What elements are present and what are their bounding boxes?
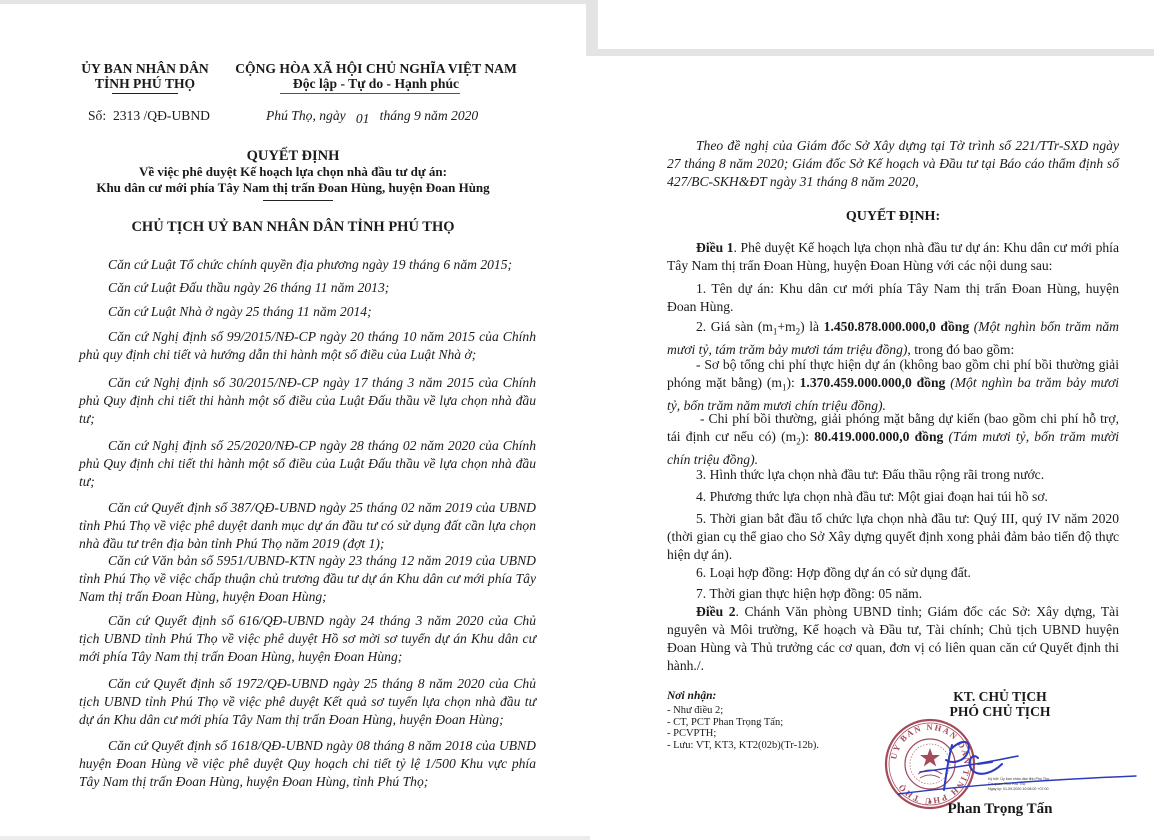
date-day: 01 (356, 111, 370, 126)
nation-motto: Độc lập - Tự do - Hạnh phúc (226, 75, 526, 93)
subtitle-underline (263, 200, 333, 201)
item-2-compensation: - Chi phí bồi thường, giải phóng mặt bằn… (667, 410, 1119, 469)
doc-number-label: Số: (88, 108, 106, 123)
legal-basis-paragraph: Căn cứ Nghị định số 99/2015/NĐ-CP ngày 2… (79, 328, 536, 364)
legal-basis-paragraph: Căn cứ Luật Đấu thầu ngày 26 tháng 11 nă… (79, 279, 536, 297)
document-subtitle-2: Khu dân cư mới phía Tây Nam thị trấn Đoa… (0, 179, 586, 197)
svg-text:Ký bởi: Ủy ban nhân dân tỉnh P: Ký bởi: Ủy ban nhân dân tỉnh Phú Thọ (988, 776, 1049, 781)
recipient-item: - Lưu: VT, KT3, KT2(02b)(Tr-12b). (667, 740, 819, 752)
item-7: 7. Thời gian thực hiện hợp đồng: 05 năm. (667, 585, 1119, 603)
issue-date: Phú Thọ, ngày 01 tháng 9 năm 2020 (266, 107, 478, 125)
legal-basis-paragraph: Căn cứ Luật Nhà ở ngày 25 tháng 11 năm 2… (79, 303, 536, 321)
proposal-paragraph: Theo đề nghị của Giám đốc Sở Xây dựng tạ… (667, 137, 1119, 191)
issuing-authority: CHỦ TỊCH UỶ BAN NHÂN DÂN TỈNH PHÚ THỌ (0, 218, 586, 236)
item-2-cost: - Sơ bộ tổng chi phí thực hiện dự án (kh… (667, 356, 1119, 415)
article-1-label: Điều 1 (696, 240, 734, 255)
recipient-item: - Như điều 2; (667, 705, 723, 717)
legal-basis-paragraph: Căn cứ Nghị định số 30/2015/NĐ-CP ngày 1… (79, 374, 536, 428)
doc-number: Số: 2313 /QĐ-UBND (88, 107, 210, 125)
article-2: Điều 2. Chánh Văn phòng UBND tỉnh; Giám … (667, 603, 1119, 675)
article-1: Điều 1. Phê duyệt Kế hoạch lựa chọn nhà … (667, 239, 1119, 275)
page-divider-horizontal (584, 49, 1154, 56)
svg-text:Ngày ký: 01-09-2020 10:08:00 +: Ngày ký: 01-09-2020 10:08:00 +07:00 (988, 787, 1048, 791)
recipient-item: - CT, PCT Phan Trọng Tấn; (667, 717, 783, 729)
legal-basis-paragraph: Căn cứ Quyết định số 616/QĐ-UBND ngày 24… (79, 612, 536, 666)
issuer-province: TỈNH PHÚ THỌ (70, 75, 220, 93)
article-2-label: Điều 2 (696, 604, 736, 619)
svg-text:Cơ quan: Tỉnh Phú Thọ: Cơ quan: Tỉnh Phú Thọ (988, 782, 1025, 786)
legal-basis-paragraph: Căn cứ Quyết định số 387/QĐ-UBND ngày 25… (79, 499, 536, 553)
item-3: 3. Hình thức lựa chọn nhà đầu tư: Đấu th… (667, 466, 1119, 484)
compensation-cost: 80.419.000.000,0 đồng (814, 429, 943, 444)
recipients-heading: Nơi nhận: (667, 690, 716, 702)
item-2: 2. Giá sàn (m1+m2) là 1.450.878.000.000,… (667, 318, 1119, 359)
signer-name: Phan Trọng Tấn (900, 800, 1100, 818)
legal-basis-paragraph: Căn cứ Nghị định số 25/2020/NĐ-CP ngày 2… (79, 437, 536, 491)
decision-heading: QUYẾT ĐỊNH: (667, 208, 1119, 226)
item-5: 5. Thời gian bắt đầu tổ chức lựa chọn nh… (667, 510, 1119, 564)
legal-basis-paragraph: Căn cứ Quyết định số 1972/QĐ-UBND ngày 2… (79, 675, 536, 729)
signature-icon: Ký bởi: Ủy ban nhân dân tỉnh Phú Thọ Cơ … (890, 720, 1140, 810)
legal-basis-paragraph: Căn cứ Văn bản số 5951/UBND-KTN ngày 23 … (79, 552, 536, 606)
project-cost: 1.370.459.000.000,0 đồng (800, 375, 946, 390)
issuer-underline (112, 93, 178, 94)
floor-price: 1.450.878.000.000,0 đồng (824, 319, 969, 334)
item-1: 1. Tên dự án: Khu dân cư mới phía Tây Na… (667, 280, 1119, 316)
motto-underline (280, 93, 460, 94)
legal-basis-paragraph: Căn cứ Quyết định số 1618/QĐ-UBND ngày 0… (79, 737, 536, 791)
doc-number-value: 2313 /QĐ-UBND (113, 108, 210, 123)
page-divider-vertical (586, 0, 598, 56)
recipient-item: - PCVPTH; (667, 728, 716, 740)
date-suffix: tháng 9 năm 2020 (380, 108, 479, 123)
bottom-border (0, 836, 590, 840)
date-prefix: Phú Thọ, ngày (266, 108, 346, 123)
item-6: 6. Loại hợp đồng: Hợp đồng dự án có sử d… (667, 564, 1119, 582)
legal-basis-paragraph: Căn cứ Luật Tổ chức chính quyền địa phươ… (79, 256, 536, 274)
item-4: 4. Phương thức lựa chọn nhà đầu tư: Một … (667, 488, 1119, 506)
